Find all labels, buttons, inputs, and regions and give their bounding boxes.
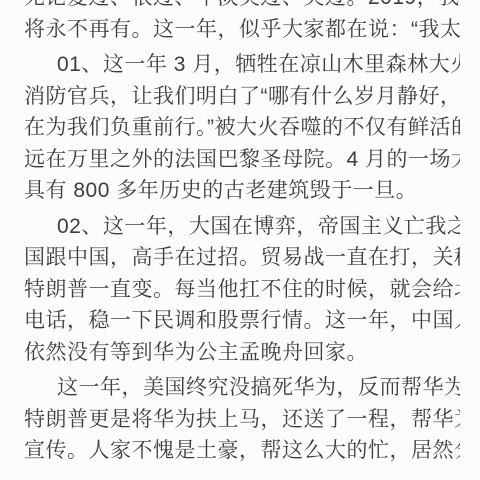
text-line-paragraph-02: 02、这一年，大国在博弈，帝国主义亡我之心不死。美 (24, 211, 460, 243)
text-line: 电话，稳一下民调和股票行情。这一年，中国人等了 365 天， (24, 305, 460, 337)
text-line: 国跟中国，高手在过招。贸易战一直在打，关税一直在谈， (24, 242, 460, 274)
text-line: 消防官兵，让我们明白了“哪有什么岁月静好，只不过是有人 (24, 81, 460, 113)
text-line: 特朗普一直变。每当他扛不住的时候，就会给北京打个越洋 (24, 274, 460, 306)
article-body: 无论爱过、恨过、平淡笑过、哭过。2019，我们的全部全部 将永不再有。这一年，似… (0, 0, 480, 480)
text-line: 远在万里之外的法国巴黎圣母院。4 月的一场大火，将这座 (24, 144, 460, 176)
text-line: 在为我们负重前行。”被大火吞噬的不仅有鲜活的生命，还有 (24, 112, 460, 144)
text-line-paragraph-huawei: 这一年，美国终究没搞死华为，反而帮华为把备胎转正。 (24, 372, 460, 404)
text-line: 具有 800 多年历史的古老建筑毁于一旦。 (24, 175, 460, 207)
text-line: 依然没有等到华为公主孟晚舟回家。 (24, 337, 460, 369)
text-line: 将永不再有。这一年，似乎大家都在说：“我太难了” (24, 14, 460, 46)
text-line: 宣传。人家不愧是土豪，帮这么大的忙，居然分文不受。 (24, 435, 460, 467)
text-line: 无论爱过、恨过、平淡笑过、哭过。2019，我们的全部全部 (24, 0, 460, 14)
text-line-paragraph-01: 01、这一年 3 月，牺牲在凉山木里森林大火中的 30 位 (24, 49, 460, 81)
text-line: 特朗普更是将华为扶上马，还送了一程，帮华为在全世界做 (24, 404, 460, 436)
